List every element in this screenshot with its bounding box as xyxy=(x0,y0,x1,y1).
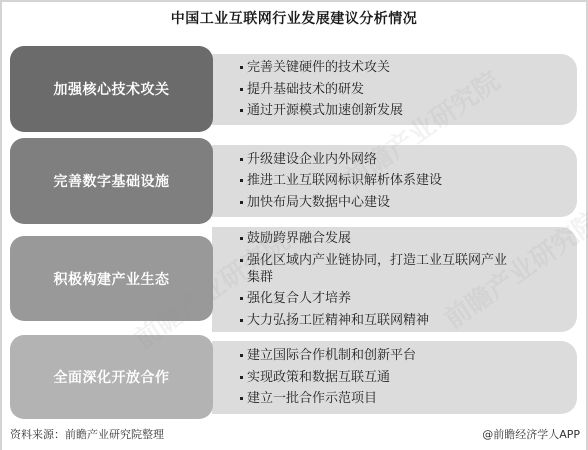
category-box: 加强核心技术攻关 xyxy=(10,46,213,132)
list-item: 推进工业互联网标识解析体系建设 xyxy=(240,170,577,192)
list-item: 强化区域内产业链协同，打造工业互联网产业 集群 xyxy=(240,250,577,289)
list-item-continuation: 集群 xyxy=(247,269,577,286)
category-box: 全面深化开放合作 xyxy=(10,335,213,419)
list-item: 大力弘扬工匠精神和互联网精神 xyxy=(240,310,577,332)
items-box: 完善关键硬件的技术攻关 提升基础技术的研发 通过开源模式加速创新发展 xyxy=(212,54,577,125)
credit-note: @前瞻经济学人APP xyxy=(482,426,580,442)
list-item: 加快布局大数据中心建设 xyxy=(240,192,577,214)
source-note: 资料来源：前瞻产业研究院整理 xyxy=(10,426,164,442)
items-box: 升级建设企业内外网络 推进工业互联网标识解析体系建设 加快布局大数据中心建设 xyxy=(212,145,577,217)
category-box: 完善数字基础设施 xyxy=(10,138,213,224)
list-item: 提升基础技术的研发 xyxy=(240,79,577,101)
list-item: 鼓励跨界融合发展 xyxy=(240,228,577,250)
list-item: 完善关键硬件的技术攻关 xyxy=(240,57,577,79)
list-item: 通过开源模式加速创新发展 xyxy=(240,100,577,122)
category-box: 积极构建产业生态 xyxy=(10,236,213,321)
list-item: 升级建设企业内外网络 xyxy=(240,149,577,171)
list-item: 强化复合人才培养 xyxy=(240,288,577,310)
diagram-title: 中国工业互联网行业发展建议分析情况 xyxy=(0,8,588,28)
items-box: 鼓励跨界融合发展 强化区域内产业链协同，打造工业互联网产业 集群 强化复合人才培… xyxy=(212,227,577,332)
list-item-text: 强化区域内产业链协同，打造工业互联网产业 xyxy=(247,253,507,268)
items-box: 建立国际合作机制和创新平台 实现政策和数据互联互通 建立一批合作示范项目 xyxy=(212,341,577,414)
list-item: 建立国际合作机制和创新平台 xyxy=(240,345,577,367)
list-item: 建立一批合作示范项目 xyxy=(240,388,577,410)
list-item: 实现政策和数据互联互通 xyxy=(240,367,577,389)
